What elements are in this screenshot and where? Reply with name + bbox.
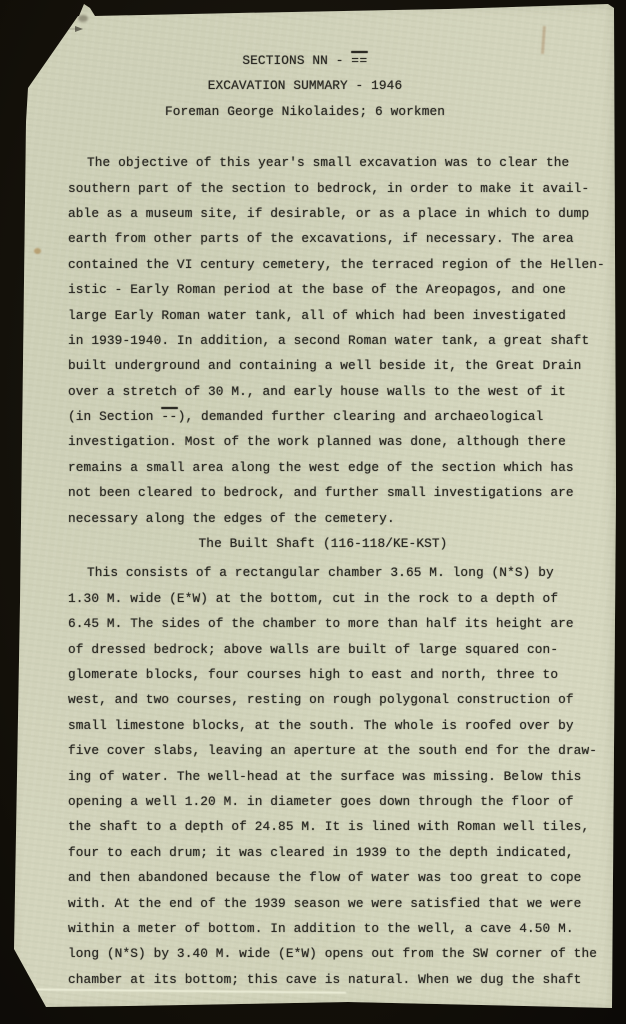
text-line: with. At the end of the 1939 season we w…: [68, 891, 608, 916]
text-line: built underground and containing a well …: [68, 353, 608, 378]
text-line: southern part of the section to bedrock,…: [68, 176, 608, 201]
text-line: chamber at its bottom; this cave is natu…: [68, 967, 608, 992]
text-line: in 1939-1940. In addition, a second Roma…: [68, 328, 608, 353]
document-byline: Foreman George Nikolaides; 6 workmen: [68, 99, 608, 124]
text-line: the shaft to a depth of 24.85 M. It is l…: [68, 814, 608, 839]
text-line: ing of water. The well-head at the surfa…: [68, 764, 608, 789]
text-line: remains a small area along the west edge…: [68, 455, 608, 480]
text-line: small limestone blocks, at the south. Th…: [68, 713, 608, 738]
section-symbol-xi-xi: --: [161, 409, 177, 424]
text-line: within a meter of bottom. In addition to…: [68, 916, 608, 941]
text-line: long (N*S) by 3.40 M. wide (E*W) opens o…: [68, 941, 608, 966]
text-line: over a stretch of 30 M., and early house…: [68, 379, 608, 404]
text-line: of dressed bedrock; above walls are buil…: [68, 637, 608, 662]
text-line: necessary along the edges of the cemeter…: [68, 506, 608, 531]
text-line: contained the VI century cemetery, the t…: [68, 252, 608, 277]
text-line: five cover slabs, leaving an aperture at…: [68, 738, 608, 763]
text-line: not been cleared to bedrock, and further…: [68, 480, 608, 505]
text-line-with-section-symbol: (in Section --), demanded further cleari…: [68, 404, 608, 429]
section-symbol-xi-xi: ==: [351, 53, 367, 68]
typewritten-text: SECTIONS NN - == EXCAVATION SUMMARY - 19…: [68, 2, 608, 992]
text-line: four to each drum; it was cleared in 193…: [68, 840, 608, 865]
text-line: large Early Roman water tank, all of whi…: [68, 303, 608, 328]
paragraph-2: This consists of a rectangular chamber 3…: [68, 560, 608, 992]
document-title: SECTIONS NN - ==: [68, 48, 608, 73]
text-line: opening a well 1.20 M. in diameter goes …: [68, 789, 608, 814]
text-line: This consists of a rectangular chamber 3…: [68, 560, 608, 585]
text-line: glomerate blocks, four courses high to e…: [68, 662, 608, 687]
document-subtitle: EXCAVATION SUMMARY - 1946: [68, 73, 608, 98]
text-line: 6.45 M. The sides of the chamber to more…: [68, 611, 608, 636]
text-line: and then abandoned because the flow of w…: [68, 865, 608, 890]
text-line: able as a museum site, if desirable, or …: [68, 201, 608, 226]
text-line: The objective of this year's small excav…: [68, 150, 608, 175]
text-line: 1.30 M. wide (E*W) at the bottom, cut in…: [68, 586, 608, 611]
text-line: earth from other parts of the excavation…: [68, 226, 608, 251]
paper-sheet: SECTIONS NN - == EXCAVATION SUMMARY - 19…: [8, 2, 616, 1012]
paragraph-1: The objective of this year's small excav…: [68, 150, 608, 531]
text-line: investigation. Most of the work planned …: [68, 429, 608, 454]
text-line: istic - Early Roman period at the base o…: [68, 277, 608, 302]
document-scan: SECTIONS NN - == EXCAVATION SUMMARY - 19…: [0, 0, 626, 1024]
stain-spot: [34, 248, 41, 254]
section-heading: The Built Shaft (116-118/KE-KST): [68, 531, 608, 556]
text-line: west, and two courses, resting on rough …: [68, 687, 608, 712]
